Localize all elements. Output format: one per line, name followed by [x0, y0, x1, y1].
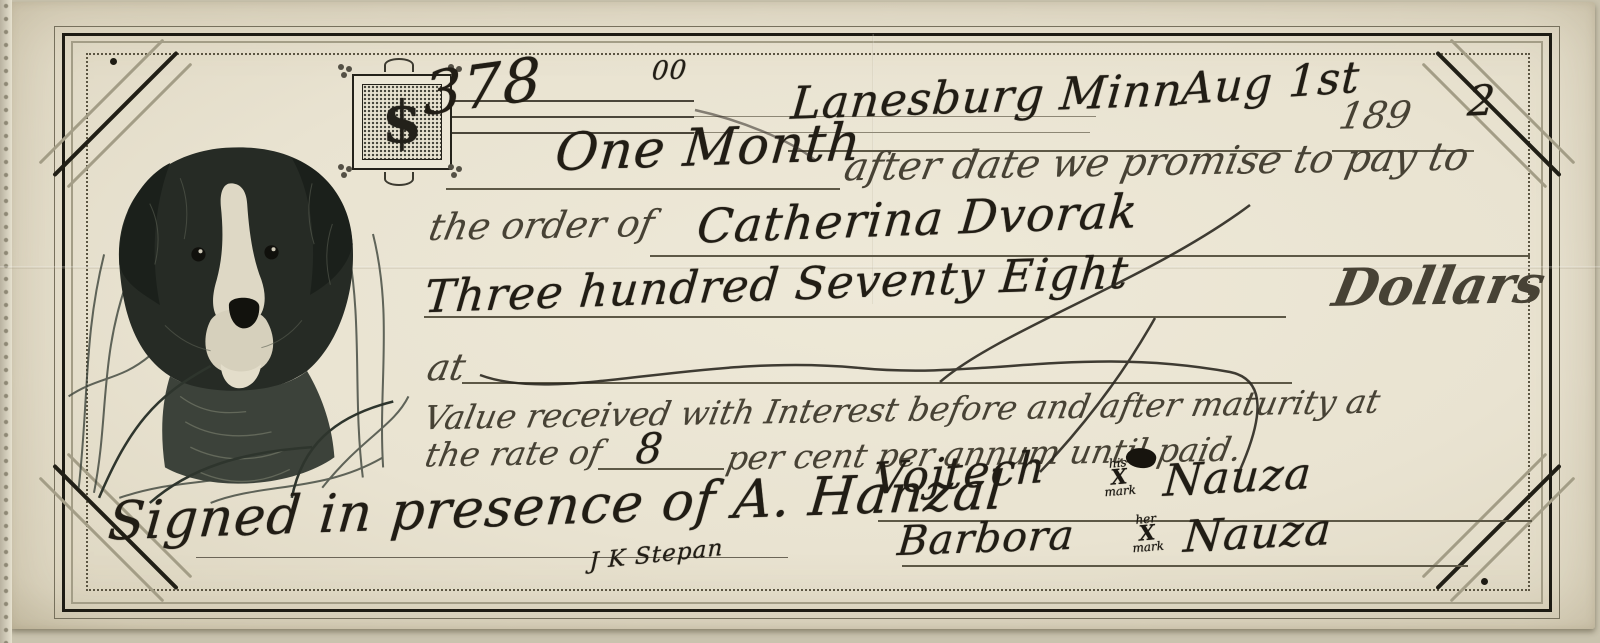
corner-dot	[110, 58, 117, 65]
signature2-underline	[902, 565, 1468, 567]
floret-ornament	[448, 164, 454, 170]
year-digit-written: 2	[1466, 76, 1498, 126]
amount-cents: 00	[651, 55, 689, 86]
floret-ornament	[338, 64, 344, 70]
rate-prefix: the rate of	[422, 432, 606, 474]
at-underline	[462, 382, 1292, 384]
dollars-label: Dollars	[1328, 254, 1550, 319]
signature1-last: Nauza	[1162, 448, 1314, 507]
rate-written: 8	[634, 424, 666, 474]
curl-ornament	[384, 58, 414, 72]
term-underline	[446, 188, 840, 190]
corner-dot	[1481, 578, 1488, 585]
curl-ornament	[384, 172, 414, 186]
signature2-mark: her X mark	[1114, 511, 1179, 554]
scanned-promissory-note: { "paper": { "currency_symbol": "$", "am…	[0, 0, 1600, 643]
signature2-last: Nauza	[1182, 504, 1334, 563]
order-clause: the order of	[425, 202, 658, 249]
floret-ornament	[338, 164, 344, 170]
dollar-sign: $	[382, 88, 422, 156]
term-written: One Month	[553, 113, 864, 184]
perforated-edge	[0, 0, 12, 643]
signature2-first: Barbora	[896, 511, 1077, 565]
